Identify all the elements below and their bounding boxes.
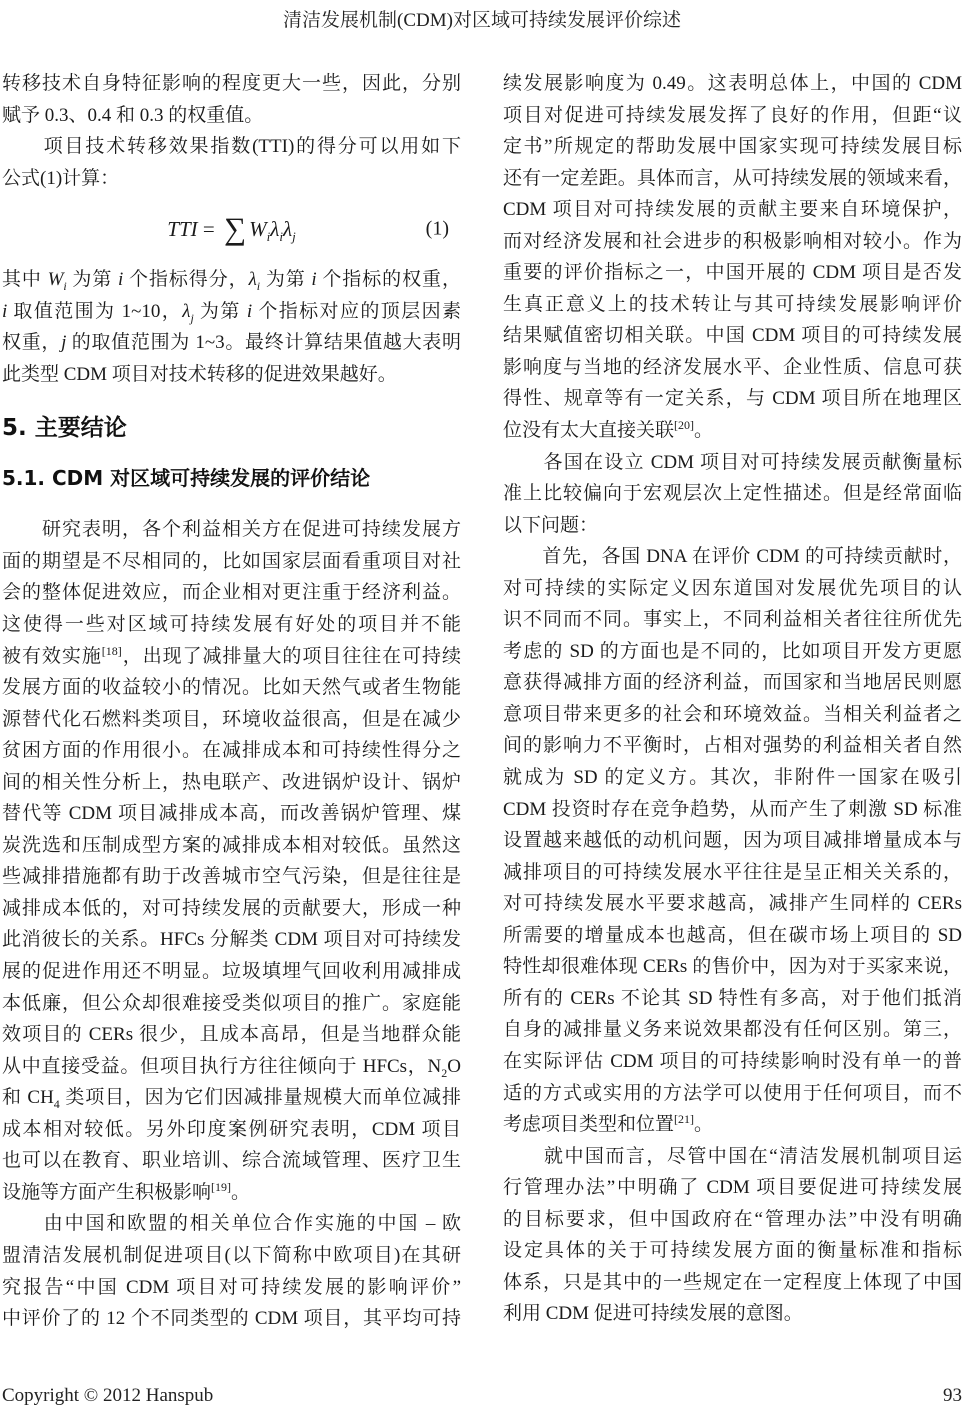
text-line: 展的促进作用还不明显。垃圾填埋气回收利用减排成 bbox=[2, 956, 461, 988]
text-line: 项目对促进可持续发展发挥了良好的作用，但距“议 bbox=[503, 100, 962, 132]
text-line: 还有一定差距。具体而言，从可持续发展的领域来看， bbox=[503, 163, 962, 195]
text-line: 准上比较偏向于宏观层次上定性描述。但是经常面临 bbox=[503, 478, 962, 510]
text-line: 重要的评价指标之一，中国开展的 CDM 项目是否发 bbox=[503, 257, 962, 289]
text-line: 体系，只是其中的一些规定在一定程度上体现了中国 bbox=[503, 1267, 962, 1299]
running-header: 清洁发展机制(CDM)对区域可持续发展评价综述 bbox=[2, 8, 962, 34]
text-line: 面的期望是不尽相同的，比如国家层面看重项目对社 bbox=[2, 546, 461, 578]
page-footer: Copyright © 2012 Hanspub 93 bbox=[2, 1384, 962, 1408]
text-line: 盟清洁发展机制促进项目(以下简称中欧项目)在其研 bbox=[2, 1240, 461, 1272]
text-line: CDM 投资时存在竞争趋势，从而产生了刺激 SD 标准 bbox=[503, 794, 962, 826]
text-line: 间的相关性分析上，热电联产、改进锅炉设计、锅炉 bbox=[2, 767, 461, 799]
text-line: 由中国和欧盟的相关单位合作实施的中国 – 欧 bbox=[2, 1208, 461, 1240]
text-line: 间的影响力不平衡时，占相对强势的利益相关者自然 bbox=[503, 730, 962, 762]
copyright-notice: Copyright © 2012 Hanspub bbox=[2, 1384, 213, 1408]
text-line: 所需要的增量成本也越高，但在碳市场上项目的 SD bbox=[503, 920, 962, 952]
text-line: 被有效实施[18]，出现了减排量大的项目往往在可持续 bbox=[2, 641, 461, 673]
text-line: 定书”所规定的帮助发展中国家实现可持续发展目标 bbox=[503, 131, 962, 163]
text-line: 对可持续的实际定义因东道国对发展优先项目的认 bbox=[503, 573, 962, 605]
right-column: 续发展影响度为 0.49。这表明总体上，中国的 CDM项目对促进可持续发展发挥了… bbox=[503, 68, 962, 1335]
text-line: 对可持续发展水平要求越高，减排产生同样的 CERs bbox=[503, 888, 962, 920]
text-line: 公式(1)计算： bbox=[2, 163, 461, 195]
text-line: 成本相对较低。另外印度案例研究表明，CDM 项目 bbox=[2, 1114, 461, 1146]
text-line: 从中直接受益。但项目执行方往往倾向于 HFCs，N2O bbox=[2, 1051, 461, 1083]
text-line: 意项目带来更多的社会和环境效益。当相关利益者之 bbox=[503, 699, 962, 731]
text-line: 此消彼长的关系。HFCs 分解类 CDM 项目对可持续发 bbox=[2, 924, 461, 956]
text-line: 首先，各国 DNA 在评价 CDM 的可持续贡献时， bbox=[503, 541, 962, 573]
text-line: 源替代化石燃料类项目，环境收益很高，但是在减少 bbox=[2, 704, 461, 736]
section-heading: 5. 主要结论 bbox=[2, 412, 461, 444]
text-line: 行管理办法”中明确了 CDM 项目要促进可持续发展 bbox=[503, 1172, 962, 1204]
text-line: 考虑项目类型和位置[21]。 bbox=[503, 1109, 962, 1141]
text-line: CDM 项目对可持续发展的贡献主要来自环境保护， bbox=[503, 194, 962, 226]
text-line: 项目技术转移效果指数(TTI)的得分可以用如下 bbox=[2, 131, 461, 163]
text-line: 而对经济发展和社会进步的积极影响相对较小。作为 bbox=[503, 226, 962, 258]
text-line: 权重，j 的取值范围为 1~3。最终计算结果值越大表明 bbox=[2, 327, 461, 359]
text-line: 减排项目的可持续发展水平往往是呈正相关关系的， bbox=[503, 857, 962, 889]
text-line: 意获得减排方面的经济利益，而国家和当地居民则愿 bbox=[503, 667, 962, 699]
text-line: 以下问题： bbox=[503, 510, 962, 542]
paper-page: 清洁发展机制(CDM)对区域可持续发展评价综述 转移技术自身特征影响的程度更大一… bbox=[0, 0, 964, 1414]
text-line: 这使得一些对区域可持续发展有好处的项目并不能 bbox=[2, 609, 461, 641]
text-line: 其中 Wi 为第 i 个指标得分，λi 为第 i 个指标的权重， bbox=[2, 264, 461, 296]
text-line: 就成为 SD 的定义方。其次，非附件一国家在吸引 bbox=[503, 762, 962, 794]
text-line: 识不同而不同。事实上，不同利益相关者往往所优先 bbox=[503, 604, 962, 636]
equation-number: (1) bbox=[426, 218, 449, 241]
text-line: 利用 CDM 促进可持续发展的意图。 bbox=[503, 1298, 962, 1330]
text-line: 炭洗选和压制成型方案的减排成本相对较低。虽然这 bbox=[2, 830, 461, 862]
text-line: 的目标要求，但中国政府在“管理办法”中没有明确 bbox=[503, 1204, 962, 1236]
text-line: 此类型 CDM 项目对技术转移的促进效果越好。 bbox=[2, 359, 461, 391]
text-line: 影响度与当地的经济发展水平、企业性质、信息可获 bbox=[503, 352, 962, 384]
reference-marker: [19] bbox=[211, 1180, 231, 1194]
text-line: 设置越来越低的动机问题，因为项目减排增量成本与 bbox=[503, 825, 962, 857]
text-line: 和 CH4 类项目，因为它们因减排量规模大而单位减排 bbox=[2, 1082, 461, 1114]
text-line: 设定具体的关于可持续发展方面的衡量标准和指标 bbox=[503, 1235, 962, 1267]
text-line: 替代等 CDM 项目减排成本高，而改善锅炉管理、煤 bbox=[2, 798, 461, 830]
text-line: 得性、规章等有一定关系，与 CDM 项目所在地理区 bbox=[503, 383, 962, 415]
page-number: 93 bbox=[943, 1384, 962, 1408]
text-line: 研究表明，各个利益相关方在促进可持续发展方 bbox=[2, 514, 461, 546]
text-line: 适的方式或实用的方法学可以使用于任何项目，而不 bbox=[503, 1078, 962, 1110]
text-line: 中评价了的 12 个不同类型的 CDM 项目，其平均可持 bbox=[2, 1303, 461, 1335]
text-line: 会的整体促进效应，而企业相对更注重于经济利益。 bbox=[2, 577, 461, 609]
text-line: 生真正意义上的技术转让与其可持续发展影响评价 bbox=[503, 289, 962, 321]
text-line: 自身的减排量义务来说效果都没有任何区别。第三， bbox=[503, 1014, 962, 1046]
text-line: 就中国而言，尽管中国在“清洁发展机制项目运 bbox=[503, 1141, 962, 1173]
text-line: 结果赋值密切相关联。中国 CDM 项目的可持续发展 bbox=[503, 320, 962, 352]
text-line: 些减排措施都有助于改善城市空气污染，但是往往是 bbox=[2, 861, 461, 893]
reference-marker: [18] bbox=[102, 644, 122, 658]
equation: TTI = ∑Wiλiλj(1) bbox=[2, 208, 461, 250]
text-line: 减排成本低的，对可持续发展的贡献要大，形成一种 bbox=[2, 893, 461, 925]
reference-marker: [20] bbox=[674, 418, 694, 432]
text-line: 本低廉，但公众却很难接受类似项目的推广。家庭能 bbox=[2, 988, 461, 1020]
text-line: 贫困方面的作用很小。在减排成本和可持续性得分之 bbox=[2, 735, 461, 767]
equation-expression: TTI = ∑Wiλiλj bbox=[167, 217, 295, 242]
two-column-body: 转移技术自身特征影响的程度更大一些，因此，分别赋予 0.3、0.4 和 0.3 … bbox=[2, 68, 962, 1335]
text-line: 所有的 CERs 不论其 SD 特性有多高，对于他们抵消 bbox=[503, 983, 962, 1015]
text-line: 设施等方面产生积极影响[19]。 bbox=[2, 1177, 461, 1209]
reference-marker: [21] bbox=[674, 1112, 694, 1126]
text-line: 各国在设立 CDM 项目对可持续发展贡献衡量标 bbox=[503, 447, 962, 479]
left-column: 转移技术自身特征影响的程度更大一些，因此，分别赋予 0.3、0.4 和 0.3 … bbox=[2, 68, 461, 1335]
text-line: 究报告“中国 CDM 项目对可持续发展的影响评价” bbox=[2, 1272, 461, 1304]
text-line: 在实际评估 CDM 项目的可持续影响时没有单一的普 bbox=[503, 1046, 962, 1078]
text-line: 转移技术自身特征影响的程度更大一些，因此，分别 bbox=[2, 68, 461, 100]
text-line: i 取值范围为 1~10，λj 为第 i 个指标对应的顶层因素 bbox=[2, 296, 461, 328]
text-line: 效项目的 CERs 很少，且成本高昂，但是当地群众能 bbox=[2, 1019, 461, 1051]
text-line: 特性却很难体现 CERs 的售价中，因为对于买家来说， bbox=[503, 951, 962, 983]
text-line: 发展方面的收益较小的情况。比如天然气或者生物能 bbox=[2, 672, 461, 704]
text-line: 考虑的 SD 的方面也是不同的，比如项目开发方更愿 bbox=[503, 636, 962, 668]
text-line: 位没有太大直接关联[20]。 bbox=[503, 415, 962, 447]
subsection-heading: 5.1. CDM 对区域可持续发展的评价结论 bbox=[2, 464, 461, 493]
text-line: 也可以在教育、职业培训、综合流域管理、医疗卫生 bbox=[2, 1145, 461, 1177]
text-line: 续发展影响度为 0.49。这表明总体上，中国的 CDM bbox=[503, 68, 962, 100]
text-line: 赋予 0.3、0.4 和 0.3 的权重值。 bbox=[2, 100, 461, 132]
paper-title: 清洁发展机制(CDM)对区域可持续发展评价综述 bbox=[283, 10, 681, 31]
